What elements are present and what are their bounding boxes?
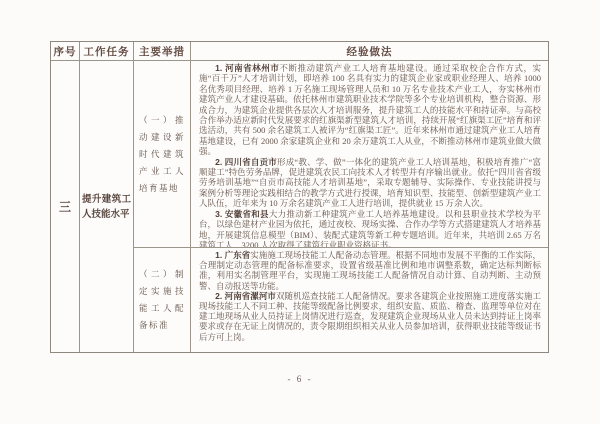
measure-cell-2: （二）制定实施技能工人配备标准 xyxy=(134,248,191,352)
paragraph-lead-bold: 2. 四川省自贡市 xyxy=(215,157,277,167)
experience-paragraph: 1. 河南省林州市不断推动建筑产业工人培育基地建设。通过采取校企合作方式，实施“… xyxy=(199,63,541,157)
experience-cell-2: 1. 广东省实施施工现场技能工人配备动态管理。根据不同地市发展不平衡的工作实际，… xyxy=(191,248,548,352)
paragraph-lead-bold: 3. 安徽省和县 xyxy=(215,209,269,219)
column-header-task: 工作任务 xyxy=(80,42,134,61)
experience-paragraph: 2. 河南省漯河市双随机巡查技能工人配备情况。要求各建筑企业按照施工进度落实施工… xyxy=(199,291,541,342)
experience-paragraph: 2. 四川省自贡市形成“教、学、做”一体化的建筑产业工人培训基地，积极培育推广“… xyxy=(199,157,541,209)
measure-cell-1: （一）推动建设新时代建筑产业工人培育基地 xyxy=(134,61,191,248)
column-header-experience: 经验做法 xyxy=(191,42,548,61)
experience-cell-1: 1. 河南省林州市不断推动建筑产业工人培育基地建设。通过采取校企合作方式，实施“… xyxy=(191,61,548,248)
serial-number-cell: 三 xyxy=(51,61,80,352)
experience-paragraph: 3. 安徽省和县大力推动新工种建筑产业工人培养基地建设。以和县职业技术学校为平台… xyxy=(199,209,541,248)
paragraph-lead-bold: 1. 河南省林州市 xyxy=(215,63,279,73)
task-cell: 提升建筑工人技能水平 xyxy=(80,61,134,352)
experience-paragraph: 1. 广东省实施施工现场技能工人配备动态管理。根据不同地市发展不平衡的工作实际，… xyxy=(199,250,541,291)
experience-table: 序号 工作任务 主要举措 经验做法 三 提升建筑工人技能水平 （一）推动建设新时… xyxy=(50,41,549,353)
paragraph-lead-bold: 1. 广东省 xyxy=(215,250,250,260)
column-header-measures: 主要举措 xyxy=(134,42,191,61)
document-page: 序号 工作任务 主要举措 经验做法 三 提升建筑工人技能水平 （一）推动建设新时… xyxy=(0,0,600,424)
paragraph-lead-bold: 2. 河南省漯河市 xyxy=(215,291,276,301)
column-header-serial: 序号 xyxy=(51,42,80,61)
page-number: - 6 - xyxy=(0,374,600,384)
